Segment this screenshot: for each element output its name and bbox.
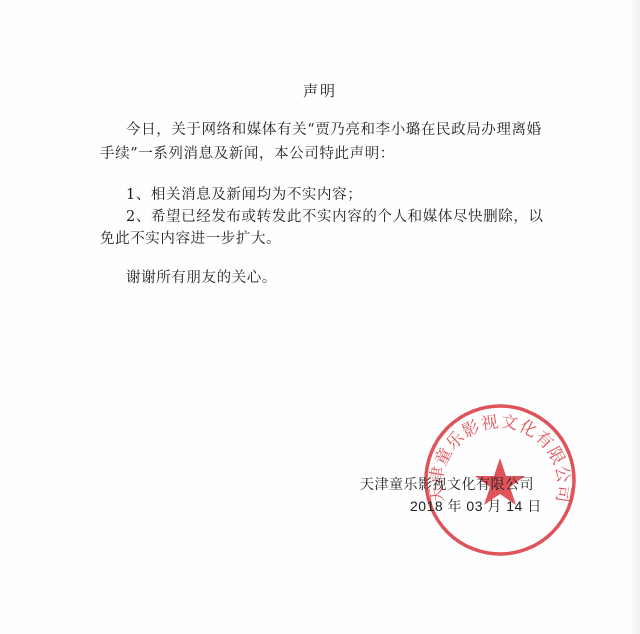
paragraph-line-2: 手续”一系列消息及新闻，本公司特此声明：: [100, 142, 395, 163]
list-item-2-line-1: 2、希望已经发布或转发此不实内容的个人和媒体尽快删除，以: [126, 205, 544, 226]
statement-document: 声明 今日，关于网络和媒体有关“贾乃亮和李小璐在民政局办理离婚 手续”一系列消息…: [0, 0, 640, 634]
page-edge: [632, 0, 640, 634]
document-title: 声明: [0, 80, 640, 101]
paragraph-line-1: 今日，关于网络和媒体有关“贾乃亮和李小璐在民政局办理离婚: [126, 118, 542, 139]
closing-line: 谢谢所有朋友的关心。: [126, 266, 277, 287]
company-name: 天津童乐影视文化有限公司: [360, 474, 534, 494]
list-item-2-line-2: 免此不实内容进一步扩大。: [100, 227, 281, 248]
signature-date: 2018 年 03 月 14 日: [410, 496, 542, 516]
list-item-1: 1、相关消息及新闻均为不实内容；: [126, 183, 362, 204]
